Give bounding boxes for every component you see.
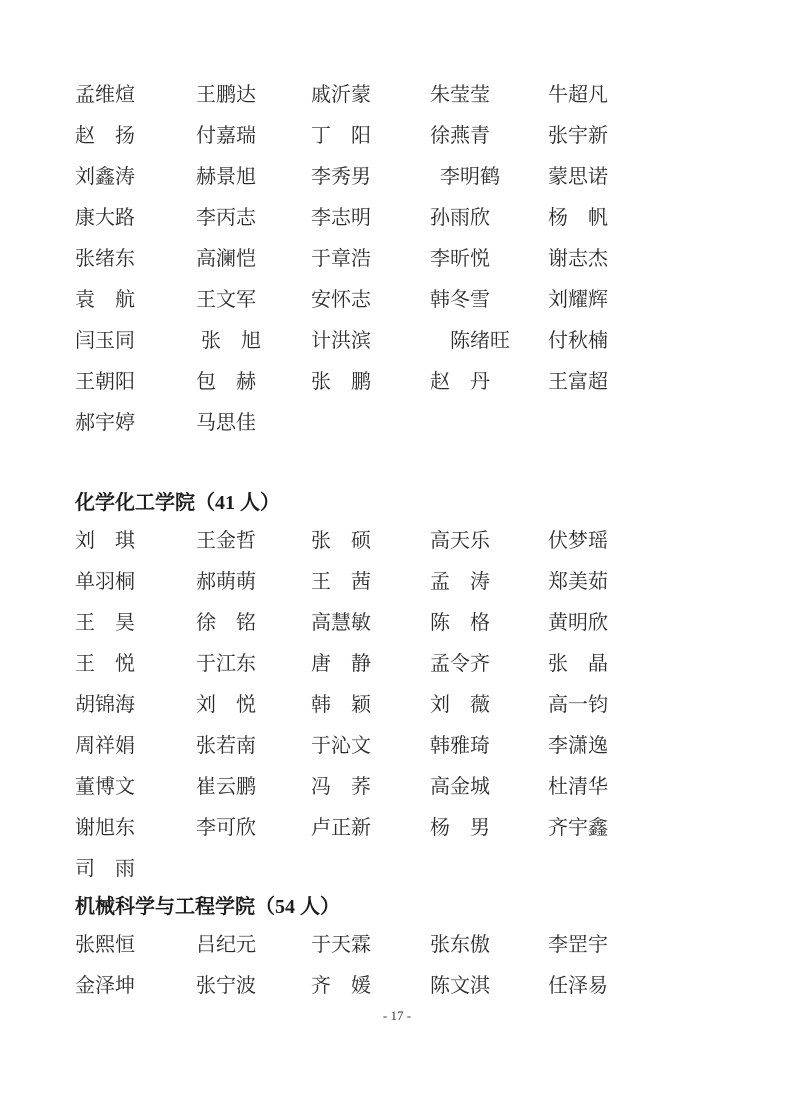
person-name: 孟令齐 bbox=[430, 654, 548, 675]
person-name: 任泽易 bbox=[548, 976, 612, 997]
person-name: 刘 悦 bbox=[196, 695, 311, 716]
person-name: 杨 男 bbox=[430, 818, 548, 839]
person-name: 谢志杰 bbox=[548, 249, 612, 270]
person-name: 王文军 bbox=[196, 290, 311, 311]
person-name: 刘鑫涛 bbox=[75, 167, 196, 188]
person-name: 李昕悦 bbox=[430, 249, 548, 270]
person-name: 赫景旭 bbox=[196, 167, 311, 188]
name-row: 金泽坤张宁波齐 媛陈文淇任泽易 bbox=[75, 966, 755, 1007]
person-name: 王 悦 bbox=[75, 654, 196, 675]
person-name: 赵 丹 bbox=[430, 372, 548, 393]
person-name: 胡锦海 bbox=[75, 695, 196, 716]
person-name: 张 晶 bbox=[548, 654, 612, 675]
person-name: 李志明 bbox=[311, 208, 430, 229]
name-row: 王朝阳包 赫张 鹏赵 丹王富超 bbox=[75, 362, 755, 403]
person-name: 黄明欣 bbox=[548, 613, 612, 634]
person-name: 王 茜 bbox=[311, 572, 430, 593]
person-name: 徐燕青 bbox=[430, 126, 548, 147]
name-row: 康大路李丙志李志明孙雨欣杨 帆 bbox=[75, 198, 755, 239]
person-name: 齐宇鑫 bbox=[548, 818, 612, 839]
person-name: 郝萌萌 bbox=[196, 572, 311, 593]
person-name: 司 雨 bbox=[75, 859, 196, 880]
person-name: 王朝阳 bbox=[75, 372, 196, 393]
document-page: 孟维煊王鹏达戚沂蒙朱莹莹牛超凡赵 扬付嘉瑞丁 阳徐燕青张宇新刘鑫涛赫景旭李秀男 … bbox=[0, 0, 794, 1093]
person-name: 张 硕 bbox=[311, 531, 430, 552]
person-name: 付嘉瑞 bbox=[196, 126, 311, 147]
person-name: 马思佳 bbox=[196, 413, 311, 434]
person-name: 朱莹莹 bbox=[430, 85, 548, 106]
name-row: 赵 扬付嘉瑞丁 阳徐燕青张宇新 bbox=[75, 116, 755, 157]
person-name: 李可欣 bbox=[196, 818, 311, 839]
person-name: 李潇逸 bbox=[548, 736, 612, 757]
person-name: 金泽坤 bbox=[75, 976, 196, 997]
person-name: 冯 荞 bbox=[311, 777, 430, 798]
person-name: 于沁文 bbox=[311, 736, 430, 757]
name-row: 闫玉同 张 旭计洪滨 陈绪旺付秋楠 bbox=[75, 321, 755, 362]
person-name: 陈绪旺 bbox=[430, 331, 548, 352]
person-name: 郝宇婷 bbox=[75, 413, 196, 434]
person-name: 张绪东 bbox=[75, 249, 196, 270]
person-name: 杜清华 bbox=[548, 777, 612, 798]
name-row: 单羽桐郝萌萌王 茜孟 涛郑美茹 bbox=[75, 562, 755, 603]
person-name: 崔云鹏 bbox=[196, 777, 311, 798]
name-row: 刘鑫涛赫景旭李秀男 李明鹤蒙思诺 bbox=[75, 157, 755, 198]
college-section: 机械科学与工程学院（54 人）张熙恒吕纪元于天霖张东傲李罡宇金泽坤张宁波齐 媛陈… bbox=[75, 884, 755, 1007]
person-name: 高天乐 bbox=[430, 531, 548, 552]
person-name: 王 昊 bbox=[75, 613, 196, 634]
person-name: 袁 航 bbox=[75, 290, 196, 311]
person-name: 吕纪元 bbox=[196, 935, 311, 956]
name-row: 王 昊徐 铭高慧敏陈 格黄明欣 bbox=[75, 603, 755, 644]
person-name: 李罡宇 bbox=[548, 935, 612, 956]
name-row: 谢旭东李可欣卢正新杨 男齐宇鑫 bbox=[75, 808, 755, 849]
person-name: 韩冬雪 bbox=[430, 290, 548, 311]
person-name: 于天霖 bbox=[311, 935, 430, 956]
person-name: 包 赫 bbox=[196, 372, 311, 393]
person-name: 孟维煊 bbox=[75, 85, 196, 106]
person-name: 刘耀辉 bbox=[548, 290, 612, 311]
person-name: 付秋楠 bbox=[548, 331, 612, 352]
person-name: 唐 静 bbox=[311, 654, 430, 675]
person-name: 刘 薇 bbox=[430, 695, 548, 716]
section-heading: 机械科学与工程学院（54 人） bbox=[75, 884, 755, 925]
person-name: 齐 媛 bbox=[311, 976, 430, 997]
person-name: 于章浩 bbox=[311, 249, 430, 270]
name-row: 张熙恒吕纪元于天霖张东傲李罡宇 bbox=[75, 925, 755, 966]
person-name: 谢旭东 bbox=[75, 818, 196, 839]
person-name: 高一钧 bbox=[548, 695, 612, 716]
person-name: 董博文 bbox=[75, 777, 196, 798]
person-name: 郑美茹 bbox=[548, 572, 612, 593]
person-name: 张东傲 bbox=[430, 935, 548, 956]
person-name: 李明鹤 bbox=[430, 167, 548, 188]
college-section: 化学化工学院（41 人）刘 琪王金哲张 硕高天乐伏梦瑶单羽桐郝萌萌王 茜孟 涛郑… bbox=[75, 480, 755, 890]
section-heading: 化学化工学院（41 人） bbox=[75, 480, 755, 521]
person-name: 计洪滨 bbox=[311, 331, 430, 352]
name-row: 刘 琪王金哲张 硕高天乐伏梦瑶 bbox=[75, 521, 755, 562]
person-name: 闫玉同 bbox=[75, 331, 196, 352]
name-row: 胡锦海刘 悦韩 颖刘 薇高一钧 bbox=[75, 685, 755, 726]
person-name: 张宁波 bbox=[196, 976, 311, 997]
person-name: 杨 帆 bbox=[548, 208, 612, 229]
person-name: 牛超凡 bbox=[548, 85, 612, 106]
college-section: 孟维煊王鹏达戚沂蒙朱莹莹牛超凡赵 扬付嘉瑞丁 阳徐燕青张宇新刘鑫涛赫景旭李秀男 … bbox=[75, 75, 755, 444]
name-row: 张绪东高澜恺于章浩李昕悦谢志杰 bbox=[75, 239, 755, 280]
person-name: 赵 扬 bbox=[75, 126, 196, 147]
name-row: 董博文崔云鹏冯 荞高金城杜清华 bbox=[75, 767, 755, 808]
person-name: 李秀男 bbox=[311, 167, 430, 188]
person-name: 高慧敏 bbox=[311, 613, 430, 634]
name-row: 郝宇婷马思佳 bbox=[75, 403, 755, 444]
person-name: 陈 格 bbox=[430, 613, 548, 634]
person-name: 丁 阳 bbox=[311, 126, 430, 147]
person-name: 王富超 bbox=[548, 372, 612, 393]
name-row: 王 悦于江东唐 静孟令齐张 晶 bbox=[75, 644, 755, 685]
person-name: 孙雨欣 bbox=[430, 208, 548, 229]
person-name: 孟 涛 bbox=[430, 572, 548, 593]
person-name: 卢正新 bbox=[311, 818, 430, 839]
person-name: 周祥娟 bbox=[75, 736, 196, 757]
person-name: 伏梦瑶 bbox=[548, 531, 612, 552]
name-list-content: 孟维煊王鹏达戚沂蒙朱莹莹牛超凡赵 扬付嘉瑞丁 阳徐燕青张宇新刘鑫涛赫景旭李秀男 … bbox=[75, 75, 755, 1007]
person-name: 张若南 bbox=[196, 736, 311, 757]
person-name: 刘 琪 bbox=[75, 531, 196, 552]
person-name: 张 旭 bbox=[196, 331, 311, 352]
person-name: 王金哲 bbox=[196, 531, 311, 552]
person-name: 戚沂蒙 bbox=[311, 85, 430, 106]
person-name: 王鹏达 bbox=[196, 85, 311, 106]
person-name: 韩雅琦 bbox=[430, 736, 548, 757]
name-row: 孟维煊王鹏达戚沂蒙朱莹莹牛超凡 bbox=[75, 75, 755, 116]
person-name: 韩 颖 bbox=[311, 695, 430, 716]
person-name: 安怀志 bbox=[311, 290, 430, 311]
name-row: 袁 航王文军安怀志韩冬雪刘耀辉 bbox=[75, 280, 755, 321]
person-name: 张 鹏 bbox=[311, 372, 430, 393]
person-name: 高澜恺 bbox=[196, 249, 311, 270]
person-name: 张宇新 bbox=[548, 126, 612, 147]
page-number: - 17 - bbox=[0, 1008, 794, 1024]
person-name: 徐 铭 bbox=[196, 613, 311, 634]
person-name: 单羽桐 bbox=[75, 572, 196, 593]
person-name: 于江东 bbox=[196, 654, 311, 675]
person-name: 张熙恒 bbox=[75, 935, 196, 956]
person-name: 高金城 bbox=[430, 777, 548, 798]
name-row: 周祥娟张若南于沁文韩雅琦李潇逸 bbox=[75, 726, 755, 767]
person-name: 陈文淇 bbox=[430, 976, 548, 997]
person-name: 李丙志 bbox=[196, 208, 311, 229]
person-name: 蒙思诺 bbox=[548, 167, 612, 188]
person-name: 康大路 bbox=[75, 208, 196, 229]
